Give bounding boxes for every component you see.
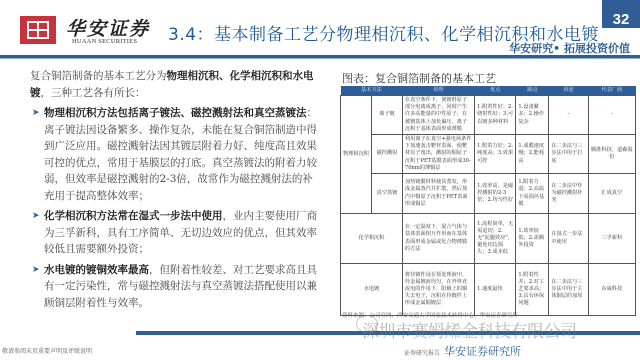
cell-principle: 在真空条件下，使镀料原子部分电离成离子，同时产生许多高能量的中性原子，在被镀基体… — [402, 96, 474, 135]
cell-principle: 在一定温度下，混合气体与基体表面相互作用而在基体表面形成金属或化合物薄膜的方法 — [402, 214, 474, 264]
cell-cons: 1.附着力弱；2.高温下易损坏基膜 — [516, 174, 549, 214]
report-label: 证券研究报告 — [404, 348, 440, 357]
cell-vendor: - — [588, 96, 635, 135]
bullet-electroplating: ➤水电镀的镀铜效率最高，但附着性较差、对工艺要求高且具有一定污染性，常与磁控溅射… — [30, 262, 320, 312]
table-row: 化学相沉积 在一定温度下，混合气体与基体表面相互作用而在基体表面形成金属或化合物… — [341, 214, 636, 264]
summary-text: 复合铜箔制备的基本工艺分为物理相沉积、化学相沉积和水电镀，三种工艺各有所长： ➤… — [30, 68, 320, 315]
cell-vendor: 东威科技 — [588, 264, 635, 316]
brand-name-cn: 华安证券 — [66, 14, 150, 41]
figure-caption: 图表：复合铜箔制备的基本工艺 — [342, 70, 496, 86]
cell-vendor: 腾胜科技、道森股份 — [588, 135, 635, 174]
bullet-physical: ➤物理相沉积方法包括离子镀法、磁控溅射法和真空蒸镀法：离子镀法因设备繁多、操作复… — [30, 105, 320, 204]
cell-use: 在二步法与三步法中用于打底 — [549, 135, 588, 174]
slogan: 华安研究• 拓展投资价值 — [509, 40, 630, 56]
col-header-vendor: 代表厂商 — [588, 86, 635, 96]
table-row: 磁控溅射 利用离子在真空+强电场条件下加速轰击靶材表面，使靶材原子逸出，溅射的铜… — [341, 135, 636, 174]
table-header-row: 基本方法 原理 优点 缺点 用途 代表厂商 — [341, 86, 636, 96]
cell-use: 在二步法中作为磁控溅射补充 — [549, 174, 588, 214]
col-header-pros: 优点 — [475, 86, 516, 96]
cell-principle: 将待镀件浸在预处理液中，待金属镀液均匀，在外界直流电的作用下，阳极上的铜失去电子… — [402, 264, 474, 316]
col-header-cons: 缺点 — [516, 86, 549, 96]
page-number: 32 — [602, 0, 640, 28]
cell-use: 在二步法与三步法中用于主体铜层的加厚 — [549, 264, 588, 316]
cell-vendor: 三孚新科 — [588, 214, 635, 264]
intro-paragraph: 复合铜箔制备的基本工艺分为物理相沉积、化学相沉积和水电镀，三种工艺各有所长： — [30, 68, 320, 101]
cell-pros: 1.速度最快 — [475, 264, 516, 316]
col-header-use: 用途 — [549, 86, 588, 96]
cell-cons: 1.设备繁多；2.操作复杂 — [516, 96, 549, 135]
cell-group: 化学相沉积 — [341, 214, 403, 264]
cell-cons: 1.附着性差；2.对工艺要求高；3.具有环保问题 — [516, 264, 549, 316]
bullet-arrow-icon: ➤ — [32, 262, 40, 279]
cell-cons: 1.效率较低；2.需额外投资 — [516, 214, 549, 264]
brand-name-en: HUAAN SECURITIES — [72, 38, 137, 45]
col-header-principle: 原理 — [402, 86, 474, 96]
cell-principle: 加热镀膜材料使其蒸发，形成金属蒸汽并扩散，然后蒸汽中铜原子沉积于PET表面形成铜… — [402, 174, 474, 214]
bullet-arrow-icon: ➤ — [32, 208, 40, 225]
header-divider-thin — [0, 58, 640, 59]
cell-use: 在湿式一步法中使用 — [549, 214, 588, 264]
footer-org: 华安证券研究所 — [444, 343, 521, 359]
watermark: 深圳市赛姆烯金科技有限公司 — [362, 317, 577, 342]
col-header-method: 基本方法 — [341, 86, 403, 96]
cell-use: - — [549, 96, 588, 135]
cell-pros: 1.流程简单，无需退切；2.无"泥腿效应"，避免切边损失；3.成本低 — [475, 214, 516, 264]
bullet-chemical: ➤化学相沉积方法常在湿式一步法中使用，业内主要使用厂商为三孚新科，具有工序简单、… — [30, 208, 320, 258]
cell-method: 真空蒸镀 — [371, 174, 402, 214]
cell-vendor: 汇成真空 — [588, 174, 635, 214]
bullet-arrow-icon: ➤ — [32, 105, 40, 122]
table-row: 真空蒸镀 加热镀膜材料使其蒸发，形成金属蒸汽并扩散，然后蒸汽中铜原子沉积于PET… — [341, 174, 636, 214]
table-row: 物理相沉积 离子镀 在真空条件下，使镀料原子部分电离成离子，同时产生许多高能量的… — [341, 96, 636, 135]
process-table: 基本方法 原理 优点 缺点 用途 代表厂商 物理相沉积 离子镀 在真空条件下，使… — [340, 86, 636, 316]
cell-group: 物理相沉积 — [341, 96, 372, 214]
huaan-logo-icon — [20, 16, 56, 44]
cell-method: 磁控溅射 — [371, 135, 402, 174]
table-row: 水电镀 将待镀件浸在预处理液中，待金属镀液均匀，在外界直流电的作用下，阳极上的铜… — [341, 264, 636, 316]
cell-group: 水电镀 — [341, 264, 403, 316]
cell-pros: 1.效率高，是磁控溅射的2-3倍；2.均匀性好 — [475, 174, 516, 214]
slide-header: 华安证券 HUAAN SECURITIES 3.4：基本制备工艺分物理相沉积、化… — [0, 0, 640, 56]
cell-pros: 1.附着性好；2.绕射性好；3.可以镀多种材料 — [475, 96, 516, 135]
disclaimer: 敬请参阅末页重要声明及评级说明 — [2, 346, 92, 355]
cell-cons: 1.成膜速度慢；2.能耗高 — [516, 135, 549, 174]
cell-method: 离子镀 — [371, 96, 402, 135]
cell-pros: 1.附着力好；2.纯度高；3.效果可控 — [475, 135, 516, 174]
cell-principle: 利用离子在真空+强电场条件下加速轰击靶材表面，使靶材原子逸出，溅射的铜原子沉积于… — [402, 135, 474, 174]
